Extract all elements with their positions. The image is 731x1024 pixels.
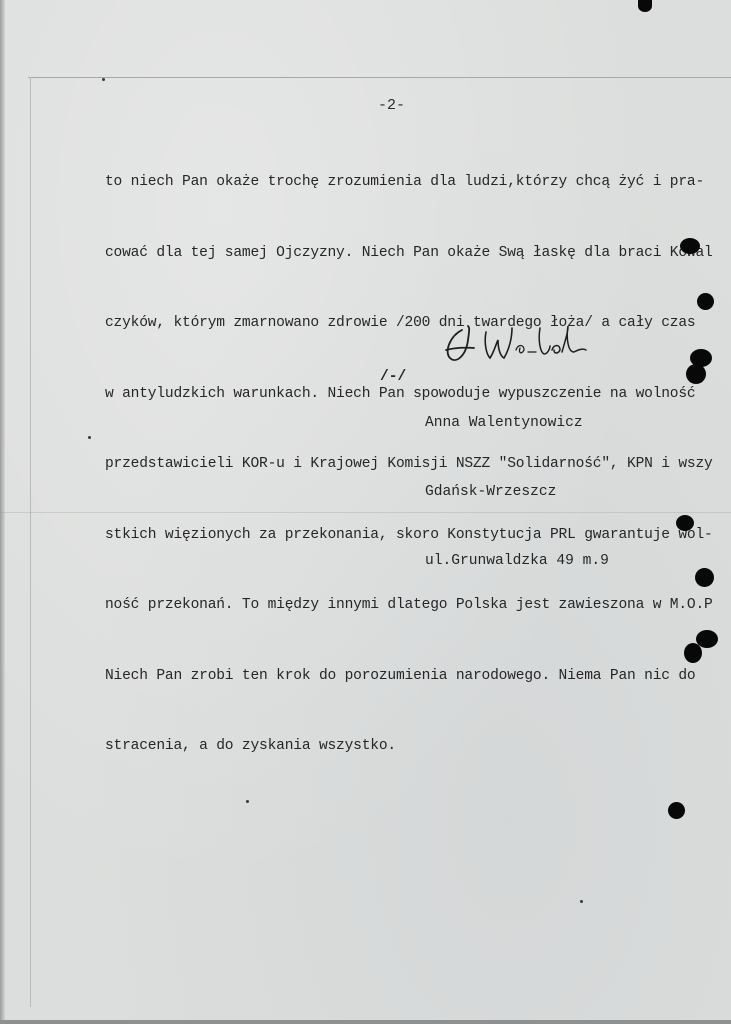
body-line: stkich więzionych za przekonania, skoro … [105, 524, 731, 548]
page-bottom-edge [0, 1020, 731, 1024]
paper-speck [580, 900, 583, 903]
handwritten-signature [440, 318, 600, 368]
signature-mark: /-/ [380, 366, 406, 389]
punch-hole-icon [695, 568, 714, 587]
body-line: w antyludzkich warunkach. Niech Pan spow… [105, 383, 731, 407]
paper-speck [246, 800, 249, 803]
body-line: to niech Pan okaże trochę zrozumienia dl… [105, 171, 731, 195]
body-line: cować dla tej samej Ojczyzny. Niech Pan … [105, 242, 731, 266]
punch-hole-icon [680, 238, 700, 254]
punch-hole-icon [638, 0, 652, 12]
punch-hole-icon [668, 802, 685, 819]
document-page: -2- to niech Pan okaże trochę zrozumieni… [0, 0, 731, 1024]
punch-hole-icon [697, 293, 714, 310]
body-line: ność przekonań. To między innymi dlatego… [105, 594, 731, 618]
signer-city: Gdańsk-Wrzeszcz [425, 481, 609, 504]
body-line: przedstawicieli KOR-u i Krajowej Komisji… [105, 453, 731, 477]
letter-body: to niech Pan okaże trochę zrozumienia dl… [105, 124, 731, 806]
paper-speck [102, 78, 105, 81]
left-margin-line [30, 77, 31, 1007]
punch-hole-icon [684, 643, 702, 663]
paper-speck [88, 436, 91, 439]
signer-address: ul.Grunwaldzka 49 m.9 [425, 550, 609, 573]
signer-name: Anna Walentynowicz [425, 412, 609, 435]
punch-hole-icon [686, 364, 706, 384]
body-line: czyków, którym zmarnowano zdrowie /200 d… [105, 312, 731, 336]
punch-hole-icon [676, 515, 694, 531]
top-rule-line [28, 77, 731, 78]
body-line: stracenia, a do zyskania wszystko. [105, 735, 731, 759]
body-line: Niech Pan zrobi ten krok do porozumienia… [105, 665, 731, 689]
page-number: -2- [378, 97, 405, 114]
signature-block: /-/ Anna Walentynowicz Gdańsk-Wrzeszcz u… [380, 366, 415, 458]
